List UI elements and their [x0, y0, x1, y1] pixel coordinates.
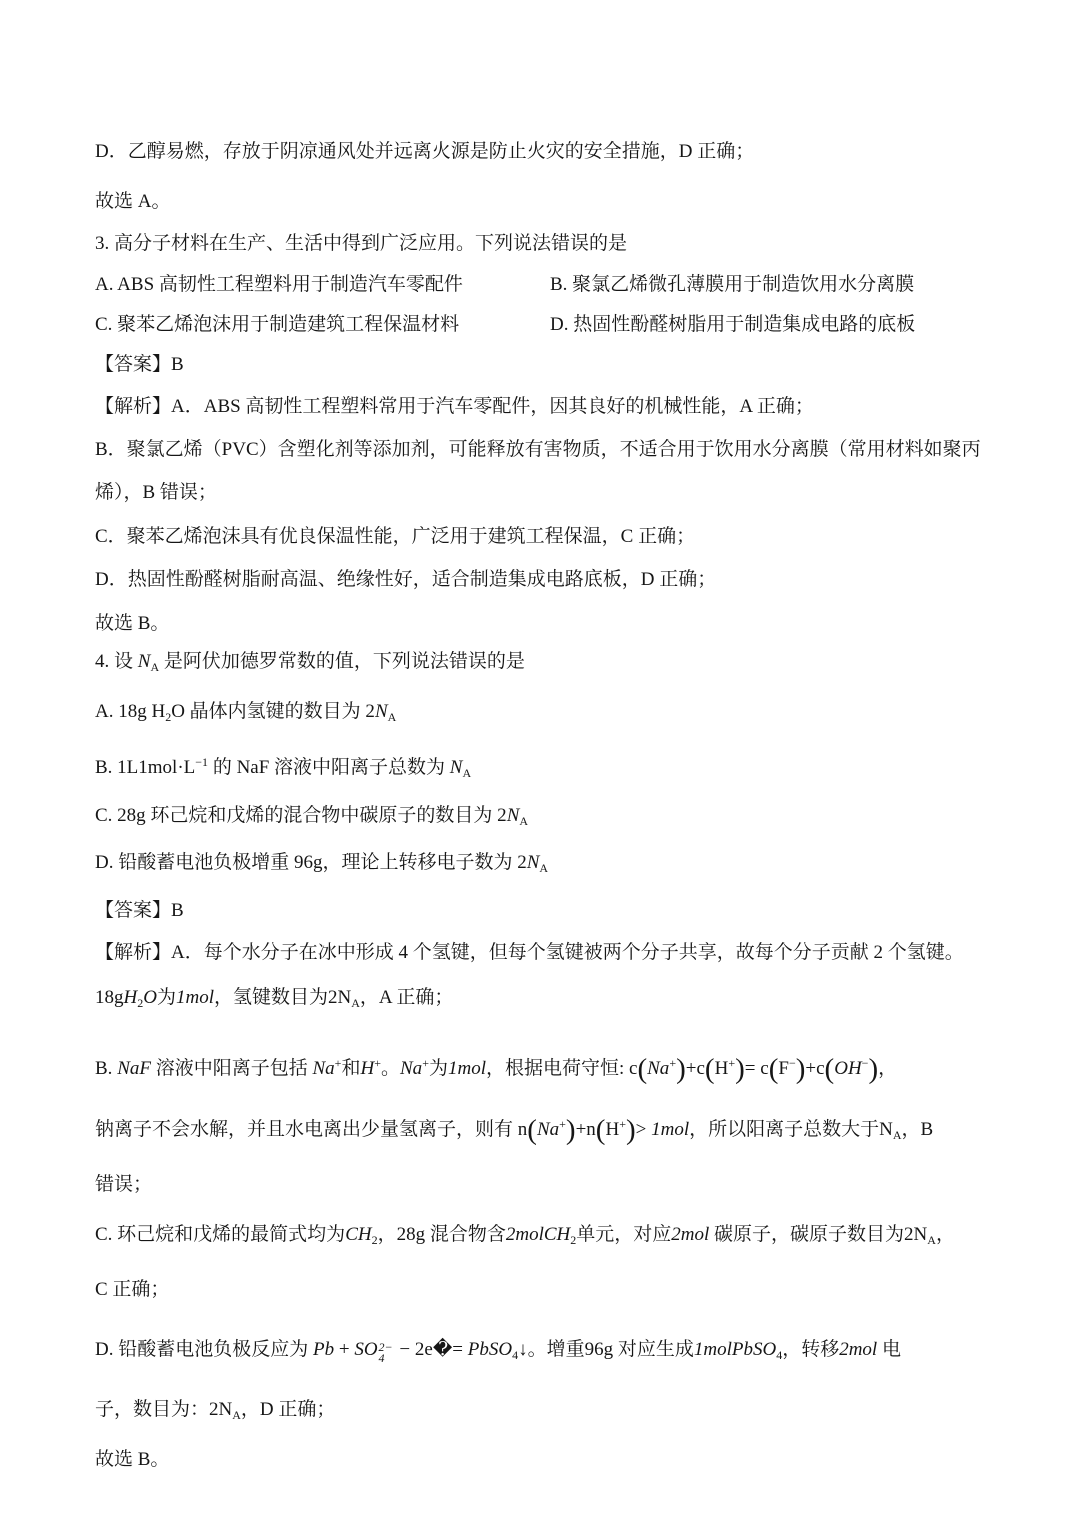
text-run: 钠离子不会水解，并且水电离出少量氢离子，则有 n	[95, 1119, 527, 1140]
q3-stem: 3. 高分子材料在生产、生活中得到广泛应用。下列说法错误的是	[95, 232, 988, 256]
text-run: A	[388, 710, 397, 724]
stacked-sub-sup: 2−4	[379, 1342, 393, 1364]
q4-analysis-b-line1: B. NaF 溶液中阳离子包括 Na+和H+。Na+为1mol，根据电荷守恒: …	[95, 1051, 988, 1081]
q3-analysis-b-line1: B．聚氯乙烯（PVC）含塑化剂等添加剂，可能释放有害物质，不适合用于饮用水分离膜…	[95, 438, 988, 462]
q4-option-d: D. 铅酸蓄电池负极增重 96g，理论上转移电子数为 2NA	[95, 851, 988, 880]
text-run: ，转移	[782, 1339, 839, 1360]
q4-stem: 4. 设 NA 是阿伏加德罗常数的值，下列说法错误的是	[95, 650, 988, 679]
text-run: >	[636, 1119, 651, 1140]
text-run: O	[143, 987, 157, 1008]
text-run: ，28g 混合物含	[378, 1224, 506, 1245]
q3-answer: 【答案】B	[95, 353, 988, 377]
text-run: C. 聚苯乙烯泡沫用于制造建筑工程保温材料	[95, 314, 459, 335]
text-run: F	[778, 1058, 789, 1079]
text-run: )	[676, 1053, 686, 1085]
text-run: 【答案】B	[95, 900, 184, 921]
text-run: B. 聚氯乙烯微孔薄膜用于制造饮用水分离膜	[550, 274, 914, 295]
option-column-left: A. ABS 高韧性工程塑料用于制造汽车零配件	[95, 273, 550, 297]
text-run: 1molPbSO	[694, 1339, 776, 1360]
text-run: ↓。增重96g 对应生成	[518, 1339, 694, 1360]
text-run: A	[232, 1408, 241, 1422]
text-run: OH	[834, 1058, 861, 1079]
text-run: 故选 B。	[95, 1449, 169, 1470]
q4-analysis-b-line3: 错误；	[95, 1173, 988, 1197]
text-run: H	[715, 1058, 729, 1079]
text-run: ，	[936, 1224, 955, 1245]
text-run: C．聚苯乙烯泡沫具有优良保温性能，广泛用于建筑工程保温，C 正确；	[95, 526, 695, 547]
text-run: A	[927, 1233, 936, 1247]
text-run: 【答案】B	[95, 354, 184, 375]
option-column-right: B. 聚氯乙烯微孔薄膜用于制造饮用水分离膜	[550, 273, 988, 297]
text-run: +	[619, 1117, 626, 1131]
q4-analysis-c-line1: C. 环己烷和戊烯的最简式均为CH2，28g 混合物含2molCH2单元，对应2…	[95, 1223, 988, 1252]
text-run: PbSO	[468, 1339, 512, 1360]
text-run: 1mol	[176, 987, 214, 1008]
text-run: 4. 设	[95, 651, 138, 672]
text-run: = c	[745, 1058, 769, 1079]
text-run: B．聚氯乙烯（PVC）含塑化剂等添加剂，可能释放有害物质，不适合用于饮用水分离膜…	[95, 439, 981, 460]
text-run: 2mol	[506, 1224, 544, 1245]
text-run: 3. 高分子材料在生产、生活中得到广泛应用。下列说法错误的是	[95, 233, 627, 254]
option-column-left: C. 聚苯乙烯泡沫用于制造建筑工程保温材料	[95, 313, 550, 337]
text-run: −1	[195, 755, 208, 769]
text-run: −	[789, 1056, 796, 1070]
q3-analysis-c: C．聚苯乙烯泡沫具有优良保温性能，广泛用于建筑工程保温，C 正确；	[95, 525, 988, 549]
text-run: A. 18g H	[95, 701, 165, 722]
text-run: D. 铅酸蓄电池负极反应为	[95, 1339, 313, 1360]
text-run: )	[868, 1053, 878, 1085]
text-run: D. 铅酸蓄电池负极增重 96g，理论上转移电子数为 2	[95, 852, 527, 873]
q4-analysis-a-line2: 18gH2O为1mol，氢键数目为2NA，A 正确；	[95, 986, 988, 1015]
text-run: O 晶体内氢键的数目为 2	[171, 701, 375, 722]
text-run: Na	[647, 1058, 669, 1079]
text-run: 子，数目为：2N	[95, 1399, 232, 1420]
text-run: A	[462, 766, 471, 780]
text-run: ，B	[902, 1119, 934, 1140]
q4-analysis-d-line2: 子，数目为：2NA，D 正确；	[95, 1398, 988, 1427]
text-run: 为	[429, 1058, 448, 1079]
text-run: 1mol	[448, 1058, 486, 1079]
text-run: ，	[878, 1058, 897, 1079]
text-run: A. ABS 高韧性工程塑料用于制造汽车零配件	[95, 274, 463, 295]
text-run: +	[559, 1117, 566, 1131]
text-run: (	[705, 1053, 715, 1085]
q3-conclusion: 故选 B。	[95, 612, 988, 636]
q4-analysis-b-line2: 钠离子不会水解，并且水电离出少量氢离子，则有 n(Na+)+n(H+)> 1mo…	[95, 1112, 988, 1147]
text-run: +c	[686, 1058, 705, 1079]
text-run: +	[334, 1339, 354, 1360]
text-run: A	[539, 861, 548, 875]
text-run: A	[893, 1128, 902, 1142]
q4-option-c: C. 28g 环己烷和戊烯的混合物中碳原子的数目为 2NA	[95, 804, 988, 833]
text-run: 错误；	[95, 1174, 152, 1195]
text-run: 的 NaF 溶液中阳离子总数为	[208, 757, 450, 778]
text-run: A	[519, 814, 528, 828]
text-run: D. 热固性酚醛树脂用于制造集成电路的底板	[550, 314, 915, 335]
text-run: 电	[877, 1339, 901, 1360]
q3-analysis-a: 【解析】A．ABS 高韧性工程塑料常用于汽车零配件，因其良好的机械性能，A 正确…	[95, 395, 988, 419]
text-run: Pb	[313, 1339, 334, 1360]
text-run: 溶液中阳离子包括	[151, 1058, 313, 1079]
text-run: �	[433, 1339, 452, 1360]
text-run: +n	[576, 1119, 596, 1140]
text-run: )	[566, 1114, 576, 1146]
text-run: C. 28g 环己烷和戊烯的混合物中碳原子的数目为 2	[95, 805, 507, 826]
text-run: B. 1L1mol·L	[95, 757, 195, 778]
text-run: NaF	[117, 1058, 151, 1079]
q4-answer: 【答案】B	[95, 899, 988, 923]
text-run: Na	[312, 1058, 334, 1079]
q4-analysis-a-line1: 【解析】A．每个水分子在冰中形成 4 个氢键，但每个氢键被两个分子共享，故每个分…	[95, 941, 988, 965]
subscript-run: 4	[379, 1353, 393, 1364]
text-run: N	[375, 701, 388, 722]
text-run: A	[351, 996, 360, 1010]
text-run: (	[527, 1114, 537, 1146]
q2-conclusion: 故选 A。	[95, 190, 988, 214]
text-run: +	[422, 1056, 429, 1070]
text-run: − 2e	[395, 1339, 433, 1360]
document-page: D．乙醇易燃，存放于阴凉通风处并远离火源是防止火灾的安全措施，D 正确；故选 A…	[0, 0, 1080, 1472]
text-run: C. 环己烷和戊烯的最简式均为	[95, 1224, 345, 1245]
text-run: )	[735, 1053, 745, 1085]
text-run: )	[796, 1053, 806, 1085]
text-run: 1mol	[651, 1119, 689, 1140]
text-run: D．热固性酚醛树脂耐高温、绝缘性好，适合制造集成电路底板，D 正确；	[95, 569, 716, 590]
text-run: N	[527, 852, 540, 873]
text-run: (	[769, 1053, 779, 1085]
text-run: N	[138, 651, 151, 672]
text-run: ，氢键数目为2N	[214, 987, 351, 1008]
text-run: H	[605, 1119, 619, 1140]
option-column-right: D. 热固性酚醛树脂用于制造集成电路的底板	[550, 313, 988, 337]
text-run: ，根据电荷守恒: c	[486, 1058, 637, 1079]
text-run: 单元，对应	[576, 1224, 671, 1245]
text-run: 故选 A。	[95, 191, 170, 212]
text-run: 烯），B 错误；	[95, 482, 217, 503]
text-run: 2mol	[839, 1339, 877, 1360]
text-run: C 正确；	[95, 1279, 169, 1300]
text-run: D．乙醇易燃，存放于阴凉通风处并远离火源是防止火灾的安全措施，D 正确；	[95, 141, 754, 162]
text-run: CH	[544, 1224, 570, 1245]
q4-option-b: B. 1L1mol·L−1 的 NaF 溶液中阳离子总数为 NA	[95, 750, 988, 785]
q4-conclusion: 故选 B。	[95, 1448, 988, 1472]
q3-options-ab: A. ABS 高韧性工程塑料用于制造汽车零配件B. 聚氯乙烯微孔薄膜用于制造饮用…	[95, 273, 988, 297]
text-run: ，所以阳离子总数大于N	[689, 1119, 893, 1140]
text-run: N	[507, 805, 520, 826]
text-run: (	[825, 1053, 835, 1085]
text-run: 和	[341, 1058, 360, 1079]
text-run: 。	[381, 1058, 400, 1079]
text-run: )	[626, 1114, 636, 1146]
q4-analysis-d-line1: D. 铅酸蓄电池负极反应为 Pb + SO2−4 − 2e�= PbSO4↓。增…	[95, 1338, 988, 1367]
text-run: Na	[537, 1119, 559, 1140]
q3-analysis-d: D．热固性酚醛树脂耐高温、绝缘性好，适合制造集成电路底板，D 正确；	[95, 568, 988, 592]
text-run: CH	[345, 1224, 371, 1245]
text-run: N	[450, 757, 463, 778]
text-run: A	[150, 660, 159, 674]
q2-analysis-option-d: D．乙醇易燃，存放于阴凉通风处并远离火源是防止火灾的安全措施，D 正确；	[95, 140, 988, 164]
text-run: 【解析】A．ABS 高韧性工程塑料常用于汽车零配件，因其良好的机械性能，A 正确…	[95, 396, 814, 417]
text-run: 是阿伏加德罗常数的值，下列说法错误的是	[159, 651, 525, 672]
q4-option-a: A. 18g H2O 晶体内氢键的数目为 2NA	[95, 700, 988, 729]
text-run: 为	[157, 987, 176, 1008]
text-run: 碳原子，碳原子数目为2N	[709, 1224, 927, 1245]
text-run: H	[360, 1058, 374, 1079]
text-run: 18g	[95, 987, 124, 1008]
text-run: 2mol	[671, 1224, 709, 1245]
text-run: Na	[400, 1058, 422, 1079]
q4-analysis-c-line2: C 正确；	[95, 1278, 988, 1302]
text-run: =	[452, 1339, 467, 1360]
q3-analysis-b-line2: 烯），B 错误；	[95, 481, 988, 505]
text-run: H	[124, 987, 138, 1008]
text-run: SO	[354, 1339, 377, 1360]
text-run: ，D 正确；	[241, 1399, 335, 1420]
text-run: 故选 B。	[95, 613, 169, 634]
text-run: 【解析】A．每个水分子在冰中形成 4 个氢键，但每个氢键被两个分子共享，故每个分…	[95, 942, 964, 963]
text-run: B.	[95, 1058, 117, 1079]
text-run: +c	[805, 1058, 824, 1079]
q3-options-cd: C. 聚苯乙烯泡沫用于制造建筑工程保温材料D. 热固性酚醛树脂用于制造集成电路的…	[95, 313, 988, 337]
text-run: +	[374, 1056, 381, 1070]
text-run: (	[637, 1053, 647, 1085]
text-run: ，A 正确；	[360, 987, 453, 1008]
